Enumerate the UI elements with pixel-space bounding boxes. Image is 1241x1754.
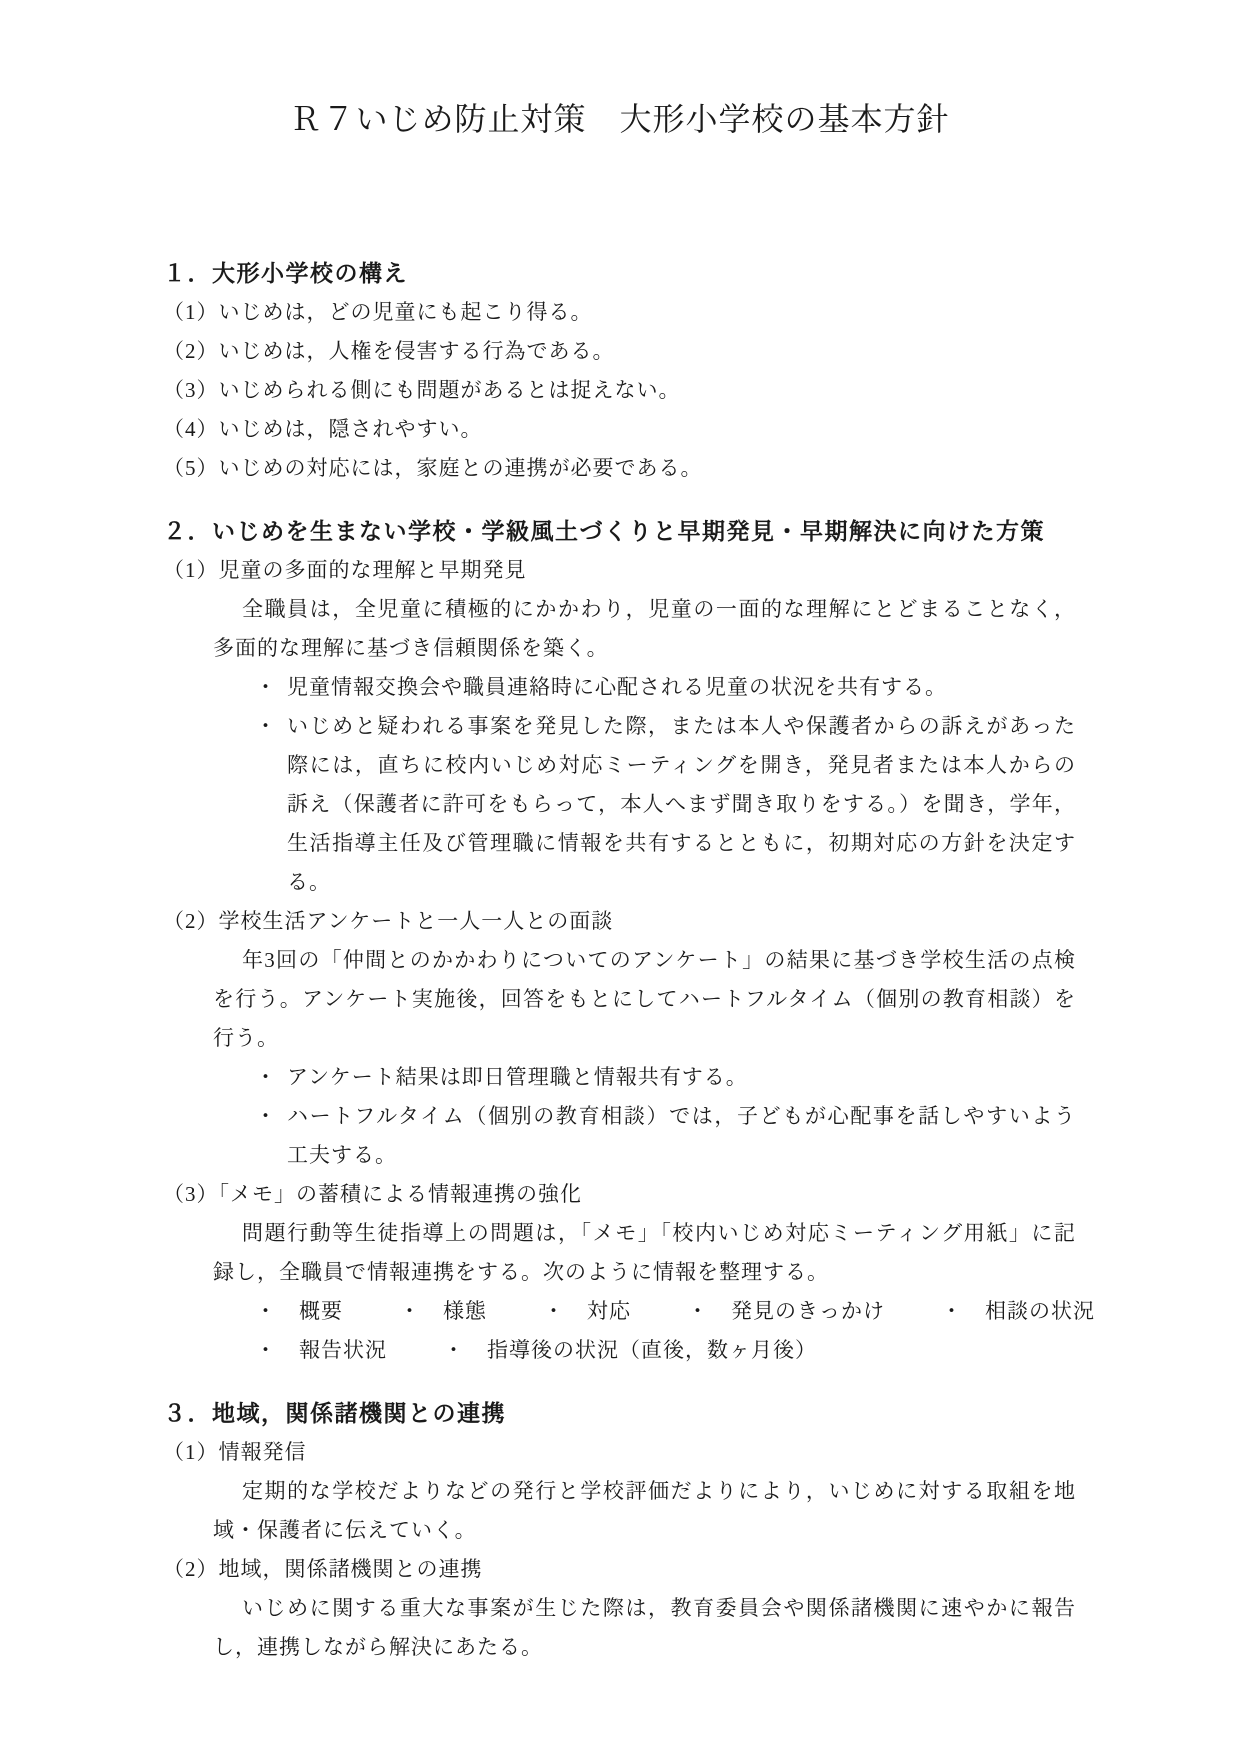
policy-statement-3: （3）いじめられる側にも問題があるとは捉えない。 [163,371,1076,410]
info-category: ・ 発見のきっかけ [687,1292,885,1331]
info-category-label: 概要 [299,1292,343,1331]
policy-statement-1: （1）いじめは，どの児童にも起こり得る。 [163,293,1076,332]
bullet-text: いじめと疑われる事案を発見した際，または本人や保護者からの訴えがあった際には，直… [287,707,1076,902]
section-2-heading: ２．いじめを生まない学校・学級風土づくりと早期発見・早期解決に向けた方策 [163,512,1076,551]
subsection-3-2-label: （2）地域，関係諸機関との連携 [163,1550,1076,1589]
bullet-text: アンケート結果は即日管理職と情報共有する。 [287,1058,1076,1097]
info-category-label: 相談の状況 [985,1292,1095,1331]
subsection-3-1-paragraph: 定期的な学校だよりなどの発行と学校評価だよりにより，いじめに対する取組を地域・保… [213,1472,1076,1550]
info-category-label: 報告状況 [299,1331,387,1370]
document-title: Ｒ７いじめ防止対策 大形小学校の基本方針 [163,96,1076,142]
document-page: Ｒ７いじめ防止対策 大形小学校の基本方針 １．大形小学校の構え （1）いじめは，… [0,0,1241,1754]
policy-statement-5: （5）いじめの対応には，家庭との連携が必要である。 [163,449,1076,488]
info-category-label: 様態 [443,1292,487,1331]
section-3-heading: ３．地域，関係諸機関との連携 [163,1394,1076,1433]
bullet-item: ・ いじめと疑われる事案を発見した際，または本人や保護者からの訴えがあった際には… [255,707,1076,902]
subsection-2-3-paragraph: 問題行動等生徒指導上の問題は，「メモ」「校内いじめ対応ミーティング用紙」に記録し… [213,1214,1076,1292]
info-category: ・ 概要 [255,1292,343,1331]
section-1: １．大形小学校の構え （1）いじめは，どの児童にも起こり得る。 （2）いじめは，… [163,254,1076,488]
info-category: ・ 様態 [399,1292,487,1331]
subsection-2-1-bullets: ・ 児童情報交換会や職員連絡時に心配される児童の状況を共有する。 ・ いじめと疑… [255,668,1076,902]
section-3: ３．地域，関係諸機関との連携 （1）情報発信 定期的な学校だよりなどの発行と学校… [163,1394,1076,1667]
bullet-text: 児童情報交換会や職員連絡時に心配される児童の状況を共有する。 [287,668,1076,707]
bullet-marker: ・ [255,1292,277,1331]
bullet-marker: ・ [687,1292,709,1331]
info-category-label: 指導後の状況（直後，数ヶ月後） [487,1331,817,1370]
policy-statement-2: （2）いじめは，人権を侵害する行為である。 [163,332,1076,371]
info-category: ・ 指導後の状況（直後，数ヶ月後） [443,1331,817,1370]
policy-statement-4: （4）いじめは，隠されやすい。 [163,410,1076,449]
subsection-2-1-paragraph: 全職員は，全児童に積極的にかかわり，児童の一面的な理解にとどまることなく，多面的… [213,590,1076,668]
bullet-marker: ・ [255,668,287,707]
bullet-marker: ・ [255,1058,287,1097]
bullet-item: ・ アンケート結果は即日管理職と情報共有する。 [255,1058,1076,1097]
bullet-marker: ・ [255,1097,287,1175]
bullet-marker: ・ [399,1292,421,1331]
section-2: ２．いじめを生まない学校・学級風土づくりと早期発見・早期解決に向けた方策 （1）… [163,512,1076,1370]
bullet-text: ハートフルタイム（個別の教育相談）では，子どもが心配事を話しやすいよう工夫する。 [287,1097,1076,1175]
bullet-marker: ・ [543,1292,565,1331]
bullet-item: ・ 児童情報交換会や職員連絡時に心配される児童の状況を共有する。 [255,668,1076,707]
subsection-2-3-label: （3）「メモ」の蓄積による情報連携の強化 [163,1175,1076,1214]
bullet-marker: ・ [255,707,287,902]
section-1-heading: １．大形小学校の構え [163,254,1076,293]
info-category-label: 対応 [587,1292,631,1331]
bullet-item: ・ ハートフルタイム（個別の教育相談）では，子どもが心配事を話しやすいよう工夫す… [255,1097,1076,1175]
subsection-3-2-paragraph: いじめに関する重大な事案が生じた際は，教育委員会や関係諸機関に速やかに報告し，連… [213,1589,1076,1667]
subsection-3-1-label: （1）情報発信 [163,1433,1076,1472]
info-category-row-2: ・ 報告状況 ・ 指導後の状況（直後，数ヶ月後） [255,1331,1076,1370]
info-category: ・ 対応 [543,1292,631,1331]
subsection-2-2-paragraph: 年3回の「仲間とのかかわりについてのアンケート」の結果に基づき学校生活の点検を行… [213,941,1076,1058]
info-category: ・ 報告状況 [255,1331,387,1370]
subsection-2-1-label: （1）児童の多面的な理解と早期発見 [163,551,1076,590]
bullet-marker: ・ [255,1331,277,1370]
bullet-marker: ・ [941,1292,963,1331]
subsection-2-2-bullets: ・ アンケート結果は即日管理職と情報共有する。 ・ ハートフルタイム（個別の教育… [255,1058,1076,1175]
info-category: ・ 相談の状況 [941,1292,1095,1331]
info-category-label: 発見のきっかけ [731,1292,885,1331]
bullet-marker: ・ [443,1331,465,1370]
subsection-2-2-label: （2）学校生活アンケートと一人一人との面談 [163,902,1076,941]
info-category-row-1: ・ 概要 ・ 様態 ・ 対応 ・ 発見のきっかけ ・ 相談の状況 [255,1292,1076,1331]
